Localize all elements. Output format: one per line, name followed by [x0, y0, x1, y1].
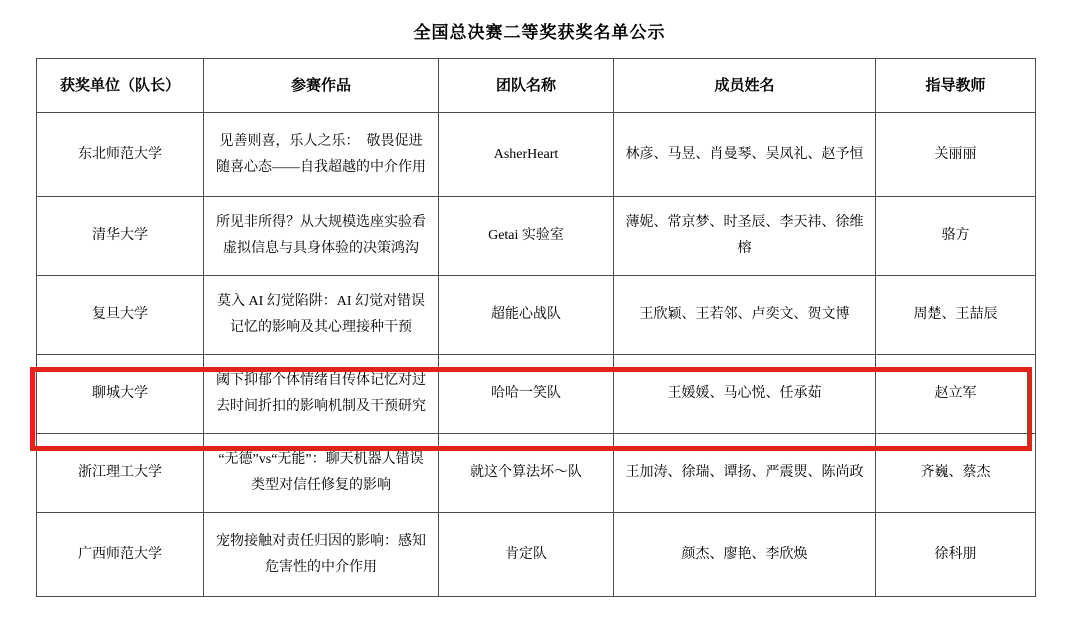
cell-team: 肯定队: [439, 513, 614, 597]
cell-unit: 清华大学: [37, 197, 204, 276]
table-row: 东北师范大学 见善则喜，乐人之乐： 敬畏促进随喜心态——自我超越的中介作用 As…: [37, 113, 1036, 197]
announcement-page: 全国总决赛二等奖获奖名单公示 获奖单位（队长） 参赛作品 团队名称 成员姓名 指…: [0, 0, 1079, 626]
cell-teacher: 周楚、王喆辰: [876, 276, 1036, 355]
header-teacher: 指导教师: [876, 59, 1036, 113]
header-unit: 获奖单位（队长）: [37, 59, 204, 113]
cell-team: Getai 实验室: [439, 197, 614, 276]
cell-work: 宠物接触对责任归因的影响：感知危害性的中介作用: [204, 513, 439, 597]
cell-unit: 聊城大学: [37, 355, 204, 434]
cell-unit: 浙江理工大学: [37, 434, 204, 513]
cell-members: 王欣颖、王若邻、卢奕文、贺文博: [614, 276, 876, 355]
table-row: 广西师范大学 宠物接触对责任归因的影响：感知危害性的中介作用 肯定队 颜杰、廖艳…: [37, 513, 1036, 597]
cell-teacher: 关丽丽: [876, 113, 1036, 197]
cell-work: “无德”vs“无能”：聊天机器人错误类型对信任修复的影响: [204, 434, 439, 513]
cell-members: 王加涛、徐瑞、谭扬、严震煛、陈尚政: [614, 434, 876, 513]
table-row: 复旦大学 莫入 AI 幻觉陷阱：AI 幻觉对错误记忆的影响及其心理接种干预 超能…: [37, 276, 1036, 355]
header-members: 成员姓名: [614, 59, 876, 113]
cell-members: 王媛媛、马心悦、任承茹: [614, 355, 876, 434]
cell-team: AsherHeart: [439, 113, 614, 197]
cell-teacher: 徐科朋: [876, 513, 1036, 597]
cell-work: 所见非所得？从大规模选座实验看虚拟信息与具身体验的决策鸿沟: [204, 197, 439, 276]
cell-team: 超能心战队: [439, 276, 614, 355]
page-title: 全国总决赛二等奖获奖名单公示: [0, 0, 1079, 43]
cell-unit: 复旦大学: [37, 276, 204, 355]
table-row-highlighted: 聊城大学 阈下抑郁个体情绪自传体记忆对过去时间折扣的影响机制及干预研究 哈哈一笑…: [37, 355, 1036, 434]
cell-unit: 广西师范大学: [37, 513, 204, 597]
cell-work: 莫入 AI 幻觉陷阱：AI 幻觉对错误记忆的影响及其心理接种干预: [204, 276, 439, 355]
cell-teacher: 赵立军: [876, 355, 1036, 434]
cell-members: 林彦、马昱、肖曼琴、吴凤礼、赵予恒: [614, 113, 876, 197]
header-team: 团队名称: [439, 59, 614, 113]
cell-unit: 东北师范大学: [37, 113, 204, 197]
cell-teacher: 齐巍、蔡杰: [876, 434, 1036, 513]
cell-team: 就这个算法坏～队: [439, 434, 614, 513]
award-table: 获奖单位（队长） 参赛作品 团队名称 成员姓名 指导教师 东北师范大学 见善则喜…: [36, 58, 1036, 597]
table-header-row: 获奖单位（队长） 参赛作品 团队名称 成员姓名 指导教师: [37, 59, 1036, 113]
table-row: 浙江理工大学 “无德”vs“无能”：聊天机器人错误类型对信任修复的影响 就这个算…: [37, 434, 1036, 513]
cell-members: 薄妮、常京梦、时圣辰、李天祎、徐维榕: [614, 197, 876, 276]
cell-work: 阈下抑郁个体情绪自传体记忆对过去时间折扣的影响机制及干预研究: [204, 355, 439, 434]
cell-members: 颜杰、廖艳、李欣焕: [614, 513, 876, 597]
cell-teacher: 骆方: [876, 197, 1036, 276]
table-row: 清华大学 所见非所得？从大规模选座实验看虚拟信息与具身体验的决策鸿沟 Getai…: [37, 197, 1036, 276]
cell-team: 哈哈一笑队: [439, 355, 614, 434]
header-work: 参赛作品: [204, 59, 439, 113]
cell-work: 见善则喜，乐人之乐： 敬畏促进随喜心态——自我超越的中介作用: [204, 113, 439, 197]
